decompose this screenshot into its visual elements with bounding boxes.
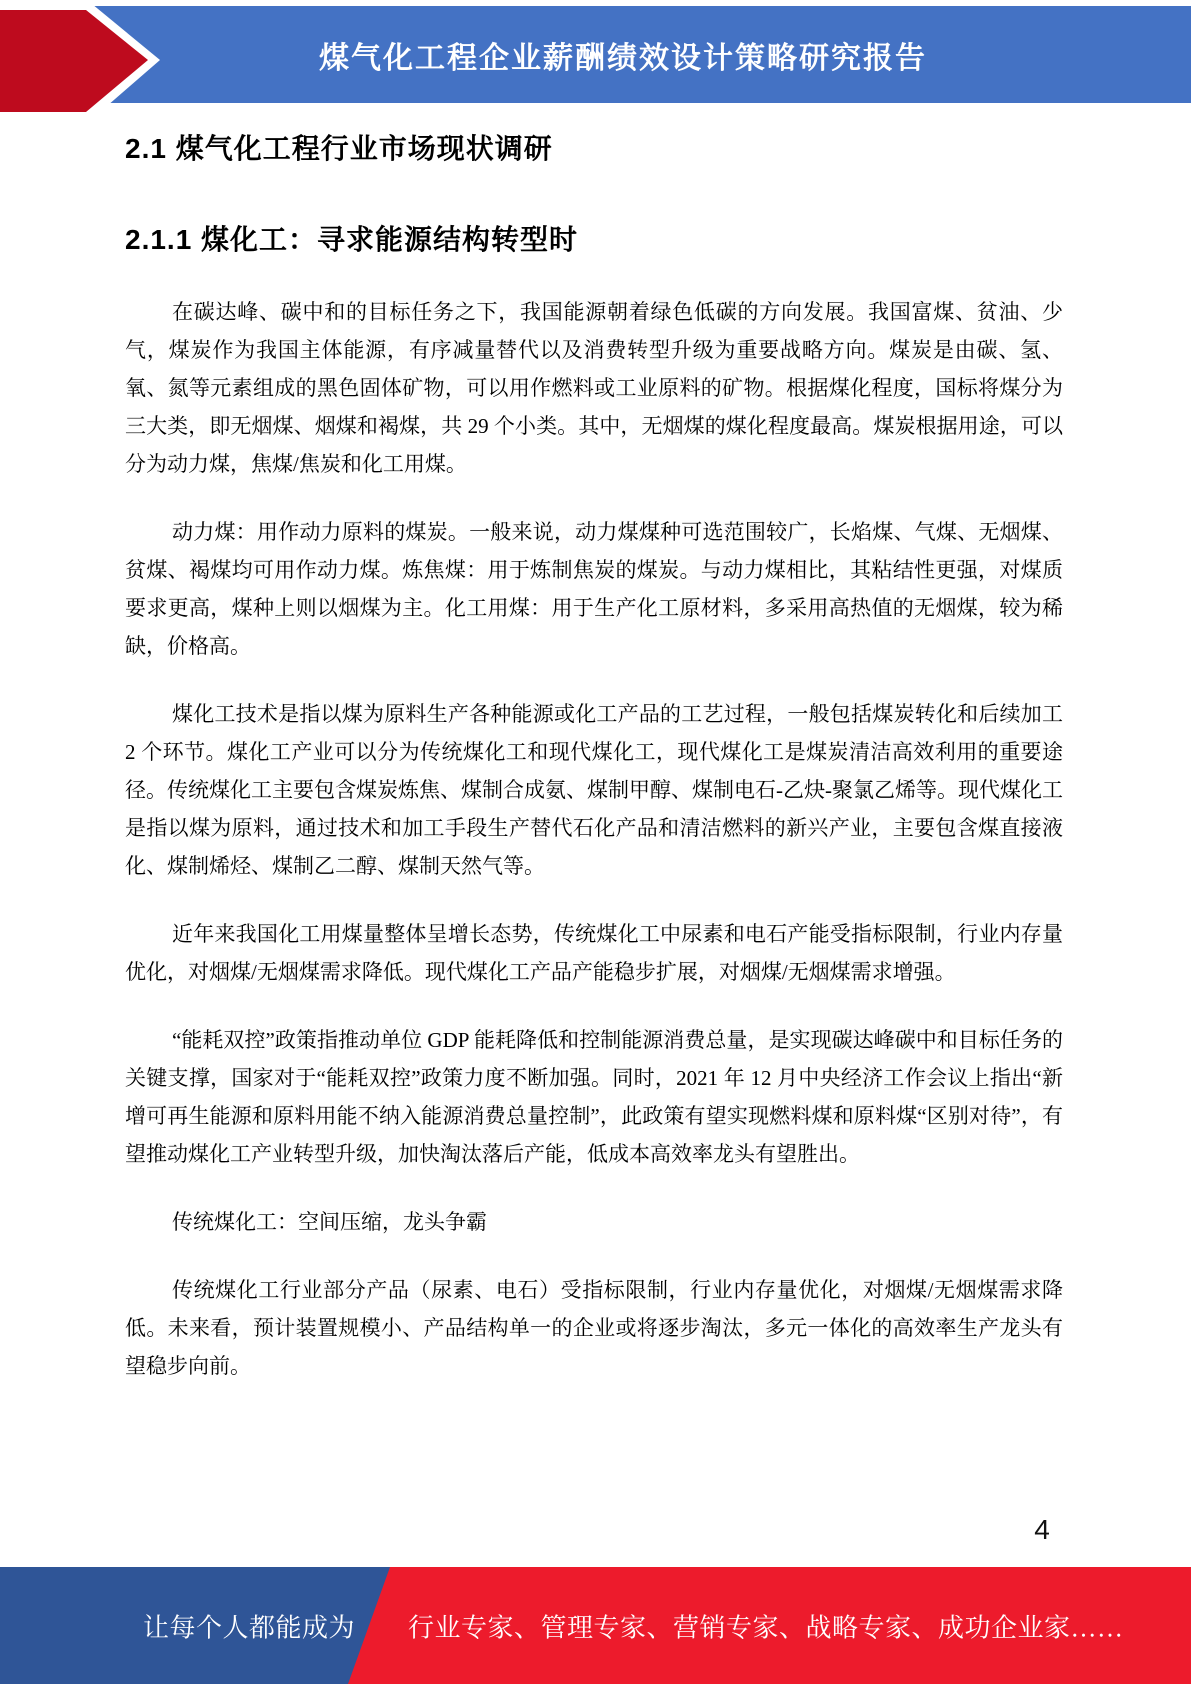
footer-slogan-right: 行业专家、管理专家、营销专家、战略专家、成功企业家…… [408,1607,1124,1644]
body-paragraph: 在碳达峰、碳中和的目标任务之下，我国能源朝着绿色低碳的方向发展。我国富煤、贫油、… [125,293,1063,483]
page-header: 煤气化工程企业薪酬绩效设计策略研究报告 [0,6,1191,103]
report-title: 煤气化工程企业薪酬绩效设计策略研究报告 [0,6,1191,103]
page-number: 4 [1022,1514,1062,1546]
body-paragraph: 传统煤化工行业部分产品（尿素、电石）受指标限制，行业内存量优化，对烟煤/无烟煤需… [125,1271,1063,1385]
subsection-heading: 2.1.1 煤化工：寻求能源结构转型时 [125,223,1063,257]
footer-slogan-left: 让每个人都能成为 [143,1607,355,1644]
body-paragraph: 传统煤化工：空间压缩，龙头争霸 [125,1203,1063,1241]
body-paragraph: 近年来我国化工用煤量整体呈增长态势，传统煤化工中尿素和电石产能受指标限制，行业内… [125,915,1063,991]
body-paragraph: 煤化工技术是指以煤为原料生产各种能源或化工产品的工艺过程，一般包括煤炭转化和后续… [125,695,1063,885]
document-body: 2.1 煤气化工程行业市场现状调研 2.1.1 煤化工：寻求能源结构转型时 在碳… [0,103,1191,1385]
section-heading: 2.1 煤气化工程行业市场现状调研 [125,132,1063,166]
body-paragraph: 动力煤：用作动力原料的煤炭。一般来说，动力煤煤种可选范围较广，长焰煤、气煤、无烟… [125,513,1063,665]
report-page: { "header": { "title": "煤气化工程企业薪酬绩效设计策略研… [0,0,1191,1684]
body-paragraph: “能耗双控”政策指推动单位 GDP 能耗降低和控制能源消费总量，是实现碳达峰碳中… [125,1021,1063,1173]
page-footer: 让每个人都能成为 行业专家、管理专家、营销专家、战略专家、成功企业家…… [0,1567,1191,1684]
